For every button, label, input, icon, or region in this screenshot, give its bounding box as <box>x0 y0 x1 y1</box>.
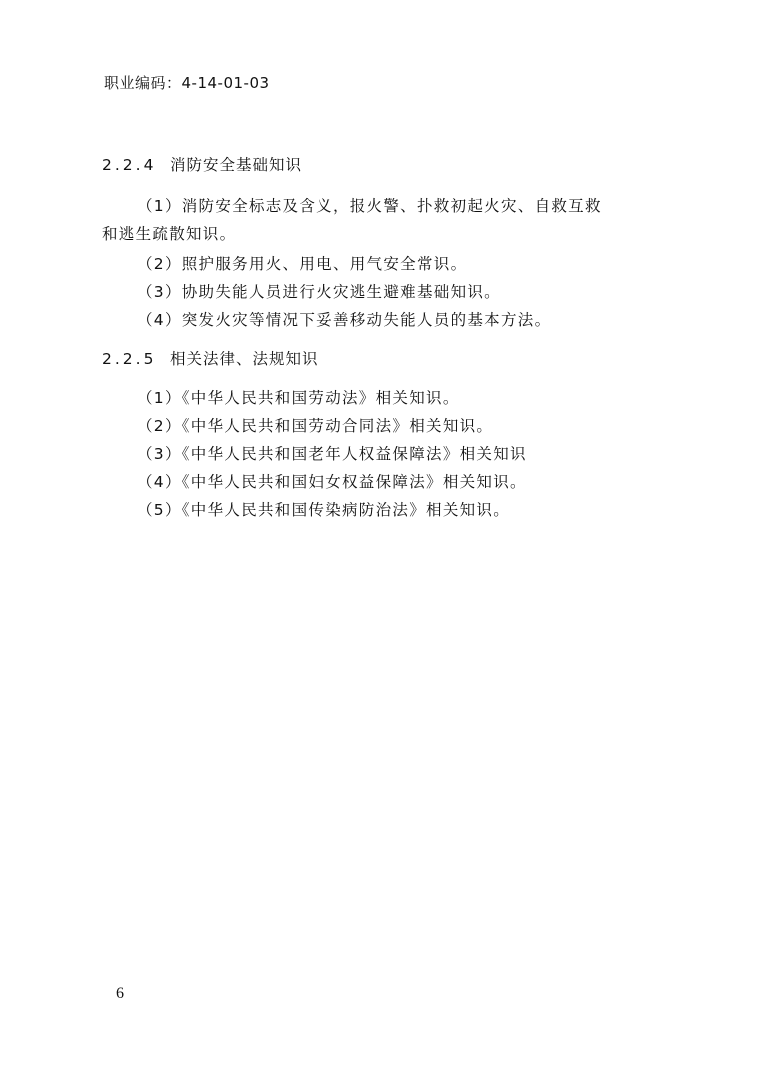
list-item: （3）《中华人民共和国老年人权益保障法》相关知识 <box>137 442 527 464</box>
list-item: （2）《中华人民共和国劳动合同法》相关知识。 <box>137 414 493 436</box>
section-title: 消防安全基础知识 <box>170 156 302 174</box>
list-item: （1）《中华人民共和国劳动法》相关知识。 <box>137 386 460 408</box>
list-item: （5）《中华人民共和国传染病防治法》相关知识。 <box>137 498 510 520</box>
list-item: （4）突发火灾等情况下妥善移动失能人员的基本方法。 <box>137 308 551 330</box>
list-item: （2）照护服务用火、用电、用气安全常识。 <box>137 252 467 274</box>
section-number: 2.2.4 <box>102 156 170 174</box>
page-number: 6 <box>116 985 124 1003</box>
list-item: （1）消防安全标志及含义，报火警、扑救初起火灾、自救互救 <box>137 192 602 220</box>
occupation-code-header: 职业编码：4-14-01-03 <box>104 72 270 93</box>
section-number: 2.2.5 <box>102 350 170 368</box>
section-heading-2-2-5: 2.2.5相关法律、法规知识 <box>102 347 319 369</box>
section-heading-2-2-4: 2.2.4消防安全基础知识 <box>102 153 302 175</box>
list-item: （4）《中华人民共和国妇女权益保障法》相关知识。 <box>137 470 527 492</box>
section-title: 相关法律、法规知识 <box>170 350 319 368</box>
list-item: （3）协助失能人员进行火灾逃生避难基础知识。 <box>137 280 501 302</box>
list-item-continuation: 和逃生疏散知识。 <box>102 220 236 248</box>
